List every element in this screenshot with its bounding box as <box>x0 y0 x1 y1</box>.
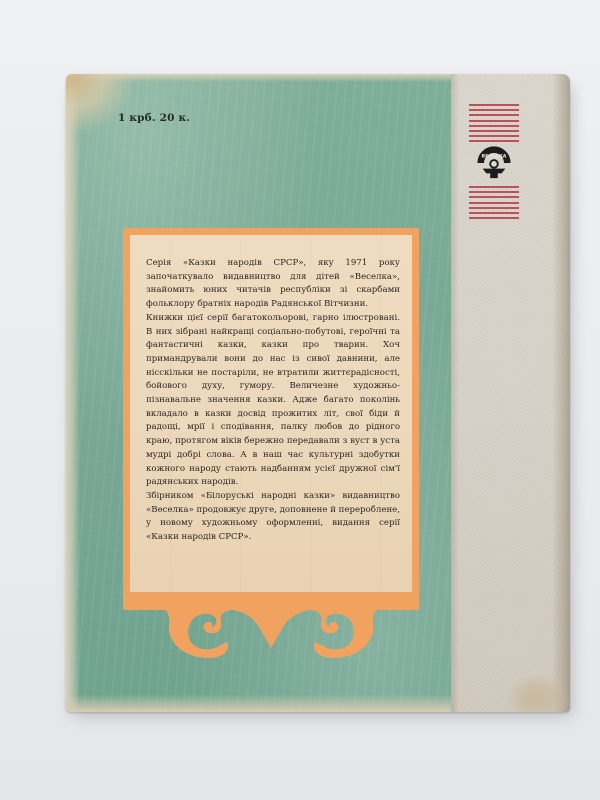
book-back-cover: 1 крб. 20 к. Серія «Казки народів СРСР»,… <box>66 74 570 712</box>
description-paragraph-3: Збірником «Білоруські народні казки» вид… <box>146 490 400 545</box>
veselka-publisher-logo-icon: ВЕСЕЛКА <box>475 144 513 180</box>
description-panel: Серія «Казки народів СРСР», яку 1971 рок… <box>123 228 419 610</box>
svg-text:ВЕСЕЛКА: ВЕСЕЛКА <box>482 153 507 159</box>
stripe-group-bottom <box>469 186 519 222</box>
description-paper: Серія «Казки народів СРСР», яку 1971 рок… <box>130 235 412 592</box>
price-label: 1 крб. 20 к. <box>118 112 190 124</box>
spine-crease <box>451 74 459 712</box>
wear-bottom-edge <box>66 694 451 712</box>
scroll-ornament-icon <box>123 602 419 662</box>
description-paragraph-1: Серія «Казки народів СРСР», яку 1971 рок… <box>146 257 400 312</box>
cover-board: 1 крб. 20 к. Серія «Казки народів СРСР»,… <box>66 74 451 712</box>
description-paragraph-2: Книжки цієї серії багатокольорові, гарно… <box>146 312 400 490</box>
wear-left-edge <box>66 74 80 712</box>
stripe-group-top <box>469 104 519 146</box>
worn-corner-damage <box>506 674 570 712</box>
spine-edge <box>552 74 570 712</box>
wear-corner <box>66 74 136 134</box>
cloth-spine: ВЕСЕЛКА <box>451 74 570 712</box>
description-text: Серія «Казки народів СРСР», яку 1971 рок… <box>146 257 400 545</box>
